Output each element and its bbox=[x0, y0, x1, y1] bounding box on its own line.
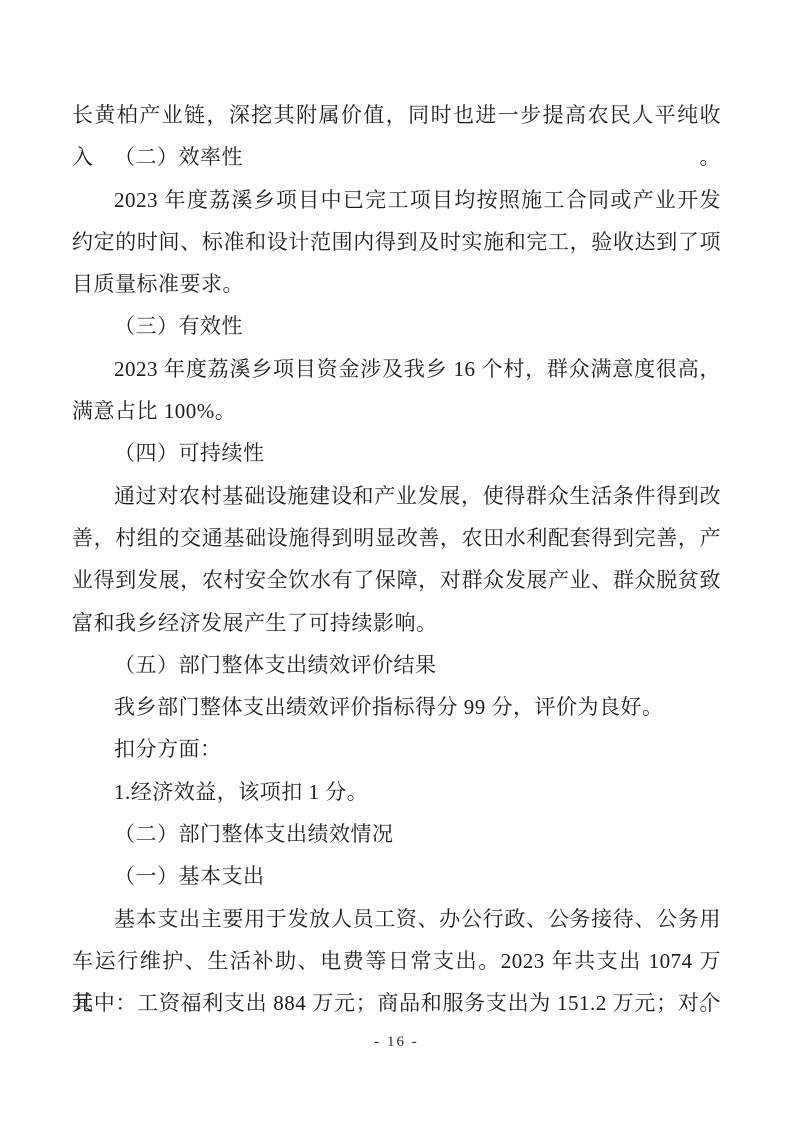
text-line: 善，村组的交通基础设施得到明显改善，农田水利配套得到完善，产 bbox=[72, 517, 721, 559]
text-line: 富和我乡经济发展产生了可持续影响。 bbox=[72, 602, 721, 644]
text-line: 1.经济效益，该项扣 1 分。 bbox=[72, 771, 721, 813]
text-line: （二）部门整体支出绩效情况 bbox=[72, 813, 721, 855]
text-line: 其中：工资福利支出 884 万元；商品和服务支出为 151.2 万元；对个 bbox=[72, 982, 721, 1024]
text-line: 2023 年度荔溪乡项目中已完工项目均按照施工合同或产业开发 bbox=[72, 179, 721, 221]
text-line: 车运行维护、生活补助、电费等日常支出。2023 年共支出 1074 万元。 bbox=[72, 940, 721, 982]
text-line: （四）可持续性 bbox=[72, 432, 721, 474]
text-line: 通过对农村基础设施建设和产业发展，使得群众生活条件得到改 bbox=[72, 475, 721, 517]
text-line: 我乡部门整体支出绩效评价指标得分 99 分，评价为良好。 bbox=[72, 686, 721, 728]
document-page: 长黄柏产业链，深挖其附属价值，同时也进一步提高农民人平纯收入。（二）效率性202… bbox=[0, 0, 793, 1122]
document-body: 长黄柏产业链，深挖其附属价值，同时也进一步提高农民人平纯收入。（二）效率性202… bbox=[72, 94, 721, 1025]
text-line: 约定的时间、标准和设计范围内得到及时实施和完工，验收达到了项 bbox=[72, 221, 721, 263]
text-line: 业得到发展，农村安全饮水有了保障，对群众发展产业、群众脱贫致 bbox=[72, 559, 721, 601]
text-line: 基本支出主要用于发放人员工资、办公行政、公务接待、公务用 bbox=[72, 898, 721, 940]
text-line: 目质量标准要求。 bbox=[72, 263, 721, 305]
page-footer: - 16 - bbox=[0, 1034, 793, 1051]
text-line: 长黄柏产业链，深挖其附属价值，同时也进一步提高农民人平纯收入。 bbox=[72, 94, 721, 136]
text-line: （三）有效性 bbox=[72, 305, 721, 347]
page-number: - 16 - bbox=[374, 1034, 419, 1050]
text-line: （五）部门整体支出绩效评价结果 bbox=[72, 644, 721, 686]
text-line: 满意占比 100%。 bbox=[72, 390, 721, 432]
text-line: 扣分方面： bbox=[72, 728, 721, 770]
text-line: （一）基本支出 bbox=[72, 855, 721, 897]
text-line: 2023 年度荔溪乡项目资金涉及我乡 16 个村，群众满意度很高， bbox=[72, 348, 721, 390]
